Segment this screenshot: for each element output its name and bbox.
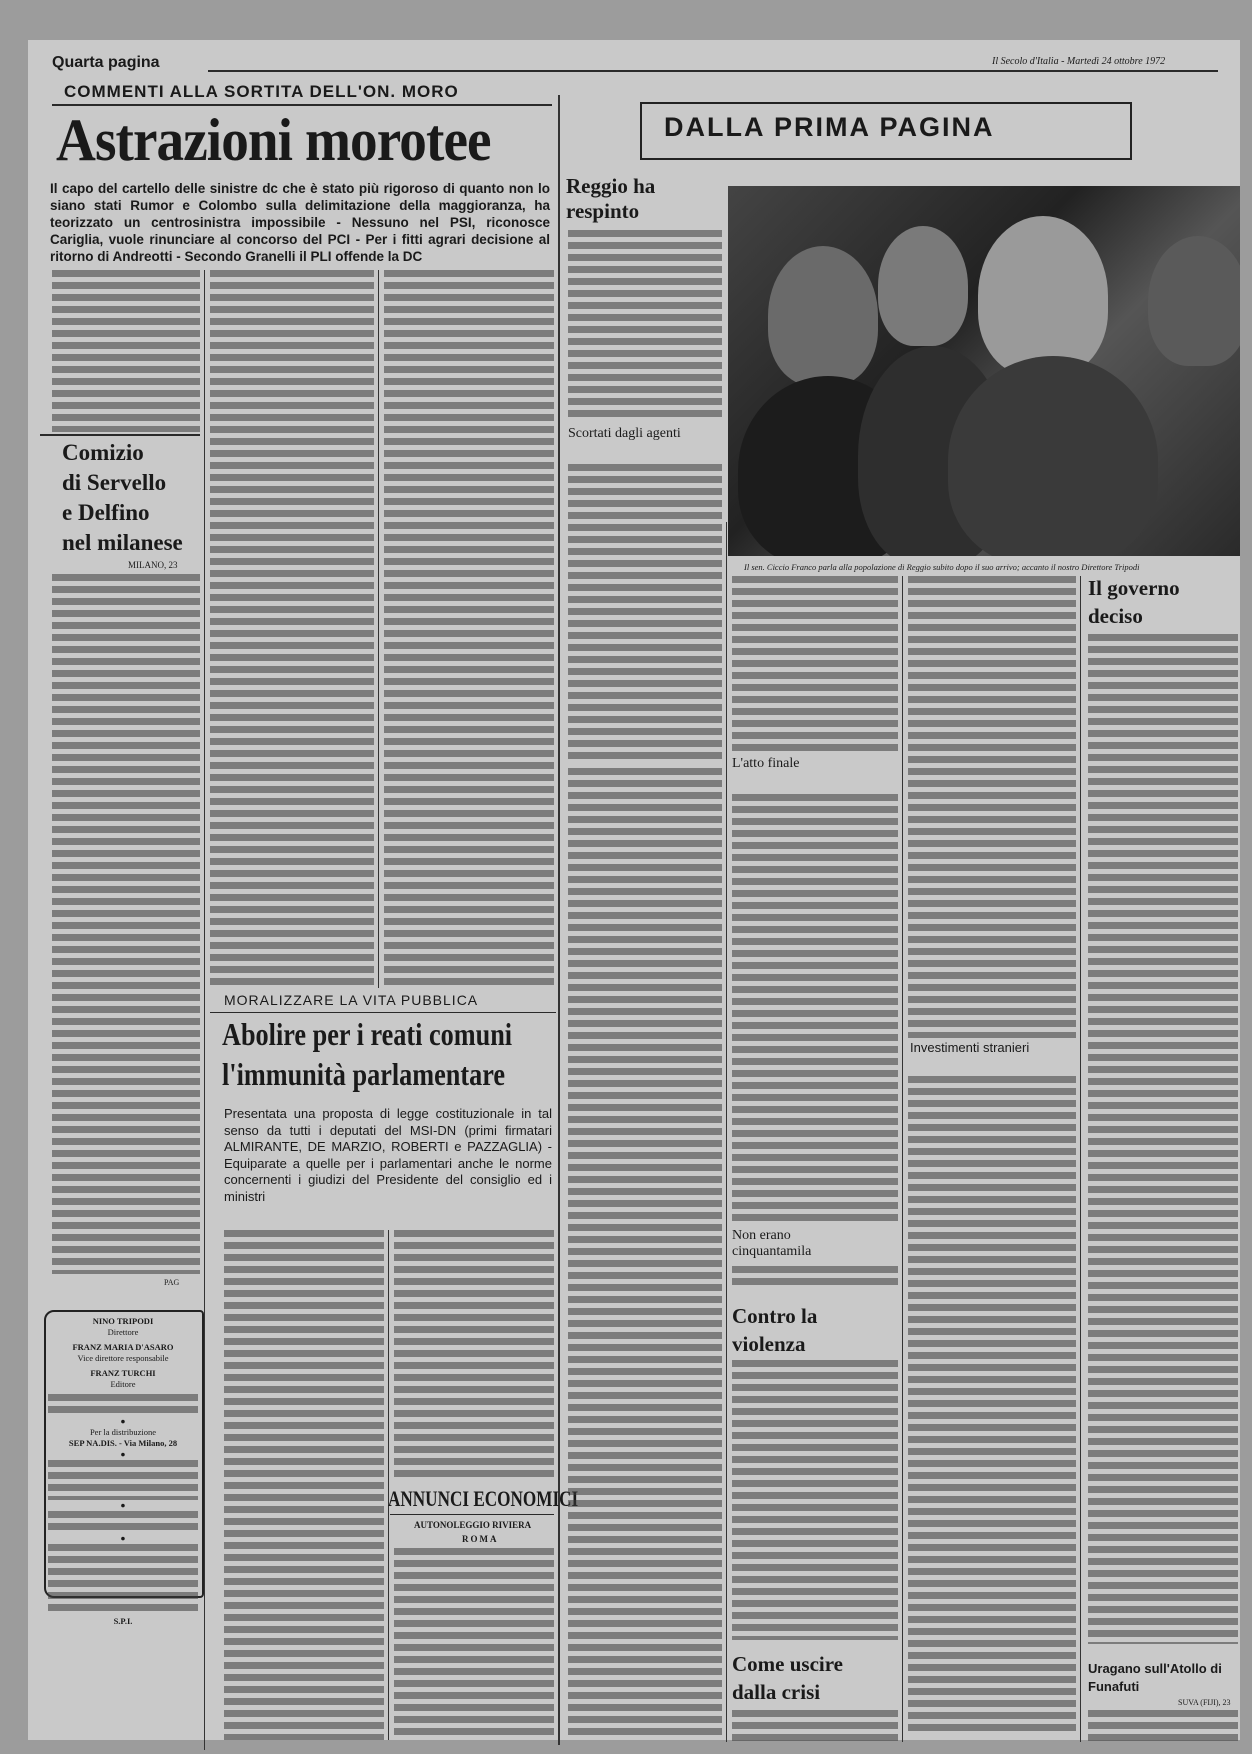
moralizzare-subhead: Presentata una proposta di legge costitu… xyxy=(224,1106,552,1205)
story-body xyxy=(732,1710,898,1746)
colophon-text xyxy=(48,1394,198,1416)
story-body xyxy=(732,794,898,1224)
column-divider xyxy=(204,270,205,1750)
moralizzare-headline: Abolire per i reati comuni l'immunità pa… xyxy=(222,1014,566,1094)
story-body xyxy=(732,1360,898,1640)
colophon-text xyxy=(48,1511,198,1533)
sidebar-body xyxy=(52,574,200,1274)
classifieds-rule xyxy=(390,1514,554,1515)
classifieds-list xyxy=(394,1548,554,1738)
sidebar-headline-line: e Delfino xyxy=(62,498,183,528)
moralizzare-headline-line: Abolire per i reati comuni xyxy=(222,1014,566,1054)
colophon-director: NINO TRIPODI xyxy=(48,1316,198,1327)
colophon-distribution: Per la distribuzione xyxy=(48,1427,198,1438)
sidebar-headline: Comizio di Servello e Delfino nel milane… xyxy=(62,438,183,558)
newspaper-page: Quarta pagina Il Secolo d'Italia - Marte… xyxy=(28,40,1240,1740)
classifieds-title: ANNUNCI ECONOMICI xyxy=(388,1486,578,1512)
colophon-vice-director-role: Vice direttore responsabile xyxy=(48,1353,198,1364)
colophon-publisher-role: Editore xyxy=(48,1379,198,1390)
column-divider xyxy=(726,522,727,1742)
colophon-vice-director: FRANZ MARIA D'ASARO xyxy=(48,1342,198,1353)
story-body xyxy=(568,768,722,1738)
colophon-publisher: FRANZ TURCHI xyxy=(48,1368,198,1379)
photo-caption: Il sen. Ciccio Franco parla alla popolaz… xyxy=(744,562,1234,572)
moralizzare-headline-line: l'immunità parlamentare xyxy=(222,1054,566,1094)
story-headline: Come uscire dalla crisi xyxy=(732,1650,892,1706)
sidebar-headline-line: di Servello xyxy=(62,468,183,498)
story-body xyxy=(1088,634,1238,1644)
lead-body-col3 xyxy=(384,270,554,988)
story-body xyxy=(732,576,898,752)
story-body xyxy=(568,464,722,764)
story-headline: Il governo deciso xyxy=(1088,574,1218,630)
brief-headline: Uragano sull'Atollo di Funafuti xyxy=(1088,1660,1238,1696)
lead-body-col1 xyxy=(52,270,200,432)
photo-figure xyxy=(978,216,1108,376)
story-body xyxy=(908,1076,1076,1736)
dateline: Il Secolo d'Italia - Martedì 24 ottobre … xyxy=(992,56,1165,67)
colophon: NINO TRIPODI Direttore FRANZ MARIA D'ASA… xyxy=(48,1316,198,1627)
bullet-icon: ● xyxy=(48,1449,198,1460)
kicker-rule xyxy=(210,1012,556,1013)
moralizzare-kicker: MORALIZZARE LA VITA PUBBLICA xyxy=(224,992,478,1008)
sidebar-rule xyxy=(40,434,200,436)
column-divider xyxy=(902,576,903,1742)
photo-figure xyxy=(768,246,878,386)
sidebar-headline-line: nel milanese xyxy=(62,528,183,558)
section-label: Quarta pagina xyxy=(52,54,160,72)
masthead-rule xyxy=(208,70,1218,72)
photo-figure xyxy=(1148,236,1240,366)
colophon-text xyxy=(48,1460,198,1500)
story-body xyxy=(732,1266,898,1290)
column-divider xyxy=(1080,576,1081,1742)
brief-body xyxy=(1088,1710,1238,1744)
sidebar-dateline: MILANO, 23 xyxy=(128,560,178,570)
bullet-icon: ● xyxy=(48,1500,198,1511)
bullet-icon: ● xyxy=(48,1416,198,1427)
colophon-text xyxy=(48,1544,198,1614)
story-headline: Contro la violenza xyxy=(732,1302,882,1358)
classifieds-advertiser: AUTONOLEGGIO RIVIERA xyxy=(414,1520,531,1530)
section-banner: DALLA PRIMA PAGINA xyxy=(664,112,994,143)
story-headline: L'atto finale xyxy=(732,756,852,772)
bullet-icon: ● xyxy=(48,1533,198,1544)
moralizzare-body-col2 xyxy=(394,1230,554,1480)
moralizzare-body-col1 xyxy=(224,1230,384,1740)
classifieds-city: ROMA xyxy=(462,1534,499,1544)
sidebar-signature: PAG xyxy=(164,1278,179,1287)
lead-subhead: Il capo del cartello delle sinistre dc c… xyxy=(50,180,550,265)
story-subhead: Scortati dagli agenti xyxy=(568,426,688,442)
lead-body-col2 xyxy=(210,270,374,988)
brief-dateline: SUVA (FIJI), 23 xyxy=(1178,1698,1231,1707)
sidebar-headline-line: Comizio xyxy=(62,438,183,468)
story-body xyxy=(568,230,722,420)
news-photo xyxy=(728,186,1240,556)
story-headline: Reggio ha respinto xyxy=(566,174,716,224)
column-divider xyxy=(378,270,379,988)
story-body xyxy=(908,576,1076,1038)
story-subhead: Non erano cinquantamila xyxy=(732,1228,852,1260)
story-subhead: Investimenti stranieri xyxy=(910,1040,1030,1056)
photo-figure xyxy=(948,356,1158,556)
lead-headline: Astrazioni morotee xyxy=(56,106,491,174)
colophon-distributor: SEP NA.DIS. - Via Milano, 28 xyxy=(48,1438,198,1449)
photo-figure xyxy=(878,226,968,346)
lead-kicker: COMMENTI ALLA SORTITA DELL'ON. MORO xyxy=(64,82,459,102)
colophon-director-role: Direttore xyxy=(48,1327,198,1338)
colophon-printer: S.P.I. xyxy=(48,1616,198,1627)
column-divider xyxy=(388,1230,389,1740)
